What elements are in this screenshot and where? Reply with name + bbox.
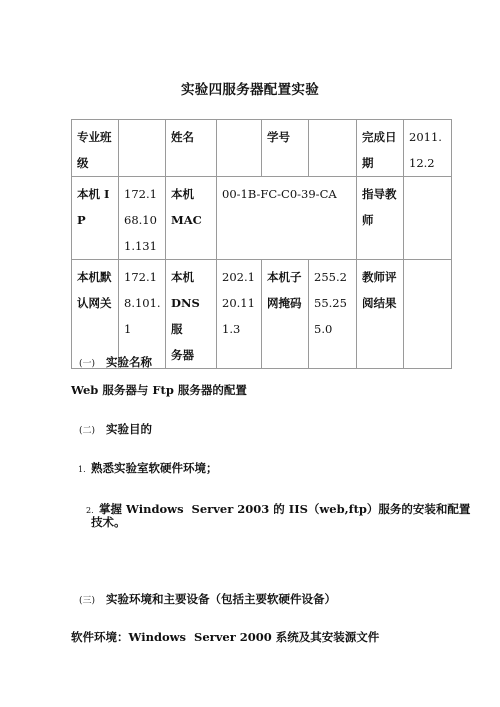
- list-item-continuation: 技术。: [91, 514, 126, 530]
- section-title: 实验目的: [106, 422, 152, 436]
- value-local-ip: 172.168.101.131: [119, 177, 166, 260]
- value-completion-date: 2011.12.2: [404, 120, 452, 177]
- section-title: 实验名称: [106, 355, 152, 369]
- value-name: [217, 120, 262, 177]
- section-title: 实验环境和主要设备（包括主要软硬件设备）: [106, 592, 336, 606]
- section-number: (三): [79, 593, 106, 606]
- label-local-ip: 本机 IP: [72, 177, 119, 260]
- label-teacher-review: 教师评阅结果: [357, 260, 404, 369]
- experiment-name-text: Web 服务器与 Ftp 服务器的配置: [71, 382, 247, 398]
- label-subnet-mask: 本机子网掩码: [262, 260, 309, 369]
- list-item: 2.掌握 Windows Server 2003 的 IIS（web,ftp）服…: [78, 487, 470, 517]
- section-number: (一): [79, 356, 106, 369]
- value-default-gateway: 172.18.101.1: [119, 260, 166, 369]
- section-number: (二): [79, 423, 106, 436]
- table-row: 本机默认网关 172.18.101.1 本机DNS 服务器 202.120.11…: [72, 260, 452, 369]
- value-teacher-review: [404, 260, 452, 369]
- label-major-class: 专业班级: [72, 120, 119, 177]
- label-local-mac: 本机MAC: [166, 177, 217, 260]
- label-completion-date: 完成日期: [357, 120, 404, 177]
- label-student-id: 学号: [262, 120, 309, 177]
- list-number: 1.: [78, 465, 91, 474]
- label-dns-server: 本机DNS 服务器: [166, 260, 217, 369]
- value-dns-server: 202.120.111.3: [217, 260, 262, 369]
- info-table: 专业班级 姓名 学号 完成日期 2011.12.2 本机 IP 172.168.…: [71, 119, 452, 369]
- list-item: 1.熟悉实验室软硬件环境；: [78, 460, 218, 476]
- section-heading-3: (三)实验环境和主要设备（包括主要软硬件设备）: [79, 591, 336, 607]
- value-student-id: [309, 120, 357, 177]
- list-text: 熟悉实验室软硬件环境；: [91, 461, 218, 475]
- value-subnet-mask: 255.255.255.0: [309, 260, 357, 369]
- section-heading-2: (二)实验目的: [79, 421, 152, 437]
- value-instructor: [404, 177, 452, 260]
- table-row: 专业班级 姓名 学号 完成日期 2011.12.2: [72, 120, 452, 177]
- document-title: 实验四服务器配置实验: [0, 78, 500, 98]
- value-local-mac: 00-1B-FC-C0-39-CA: [217, 177, 357, 260]
- label-default-gateway: 本机默认网关: [72, 260, 119, 369]
- list-text: 掌握 Windows Server 2003 的 IIS（web,ftp）服务的…: [99, 502, 470, 516]
- table-row: 本机 IP 172.168.101.131 本机MAC 00-1B-FC-C0-…: [72, 177, 452, 260]
- section-heading-1: (一)实验名称: [79, 354, 152, 370]
- value-major-class: [119, 120, 166, 177]
- software-environment-text: 软件环境：Windows Server 2000 系统及其安装源文件: [71, 629, 379, 645]
- label-instructor: 指导教师: [357, 177, 404, 260]
- label-name: 姓名: [166, 120, 217, 177]
